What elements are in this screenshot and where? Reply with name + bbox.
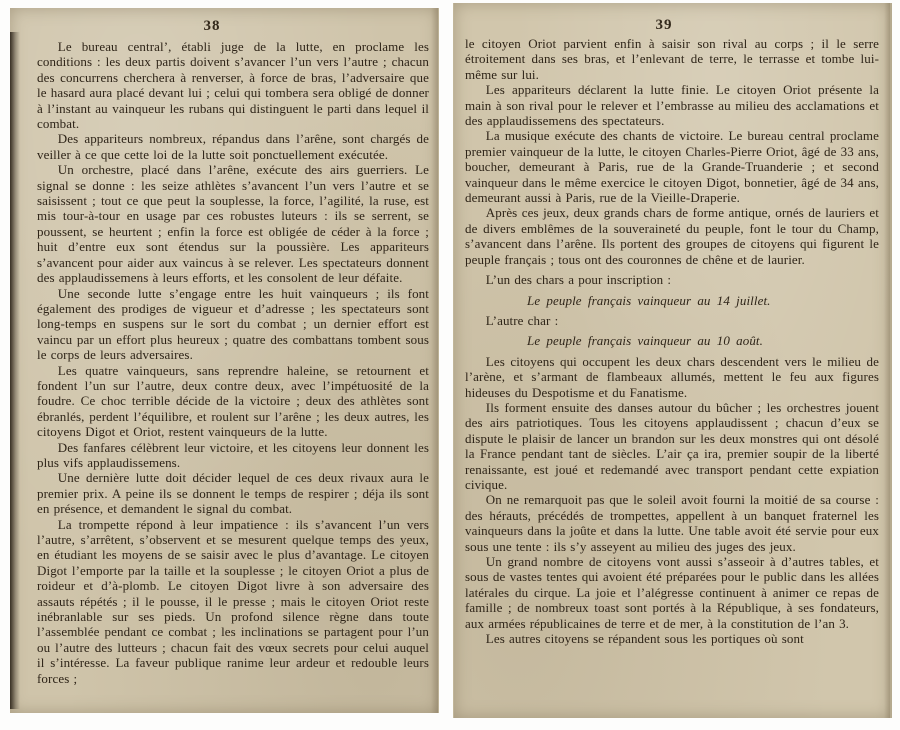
page-number-38: 38 bbox=[10, 8, 426, 35]
paragraph-portiques: Les autres citoyens se répandent sous le… bbox=[465, 631, 879, 646]
paragraph-tables-publiques: Un grand nombre de citoyens vont aussi s… bbox=[465, 554, 879, 631]
page-left-gutter-shadow bbox=[431, 8, 438, 713]
paragraph-proclamation-vainqueurs: La musique exécute des chants de victoir… bbox=[465, 128, 879, 205]
paragraph-danses-bucher: Ils forment ensuite des danses autour du… bbox=[465, 400, 879, 492]
page-39-text-block: le citoyen Oriot parvient enfin à saisir… bbox=[454, 36, 890, 646]
paragraph-fanfares: Des fanfares célèbrent leur victoire, et… bbox=[37, 440, 429, 471]
page-right-edge-shadow bbox=[884, 3, 890, 718]
inscription-10-aout: Le peuple français vainqueur au 10 août. bbox=[465, 333, 879, 348]
paragraph-seconde-lutte: Une seconde lutte s’engage entre les hui… bbox=[37, 286, 429, 363]
paragraph-quatre-vainqueurs: Les quatre vainqueurs, sans reprendre ha… bbox=[37, 363, 429, 440]
paragraph-chars-antiques: Après ces jeux, deux grands chars de for… bbox=[465, 205, 879, 267]
paragraph-banquet-fraternel: On ne remarquoit pas que le soleil avoit… bbox=[465, 492, 879, 554]
paragraph-inscription-intro: L’un des chars a pour inscription : bbox=[465, 272, 879, 287]
paragraph-autre-char: L’autre char : bbox=[465, 313, 879, 328]
paragraph-flambeaux: Les citoyens qui occupent les deux chars… bbox=[465, 354, 879, 400]
paragraph-orchestre-signal: Un orchestre, placé dans l’arêne, exécut… bbox=[37, 162, 429, 285]
paragraph-derniere-lutte: Une dernière lutte doit décider lequel d… bbox=[37, 470, 429, 516]
book-scan: 38 Le bureau central’, établi juge de la… bbox=[0, 0, 900, 730]
paragraph-oriot-saisit: le citoyen Oriot parvient enfin à saisir… bbox=[465, 36, 879, 82]
paragraph-bureau-central: Le bureau central’, établi juge de la lu… bbox=[37, 39, 429, 131]
paragraph-lutte-finie: Les appariteurs déclarent la lutte finie… bbox=[465, 82, 879, 128]
paragraph-appariteurs-nombreux: Des appariteurs nombreux, répandus dans … bbox=[37, 131, 429, 162]
paragraph-trompette-combat: La trompette répond à leur impatience : … bbox=[37, 517, 429, 686]
page-39: 39 le citoyen Oriot parvient enfin à sai… bbox=[453, 3, 892, 718]
page-38-text-block: Le bureau central’, établi juge de la lu… bbox=[10, 39, 438, 686]
page-number-39: 39 bbox=[453, 3, 882, 34]
page-38: 38 Le bureau central’, établi juge de la… bbox=[10, 8, 439, 713]
page-left-spine-shadow bbox=[10, 32, 20, 709]
inscription-14-juillet: Le peuple français vainqueur au 14 juill… bbox=[465, 293, 879, 308]
